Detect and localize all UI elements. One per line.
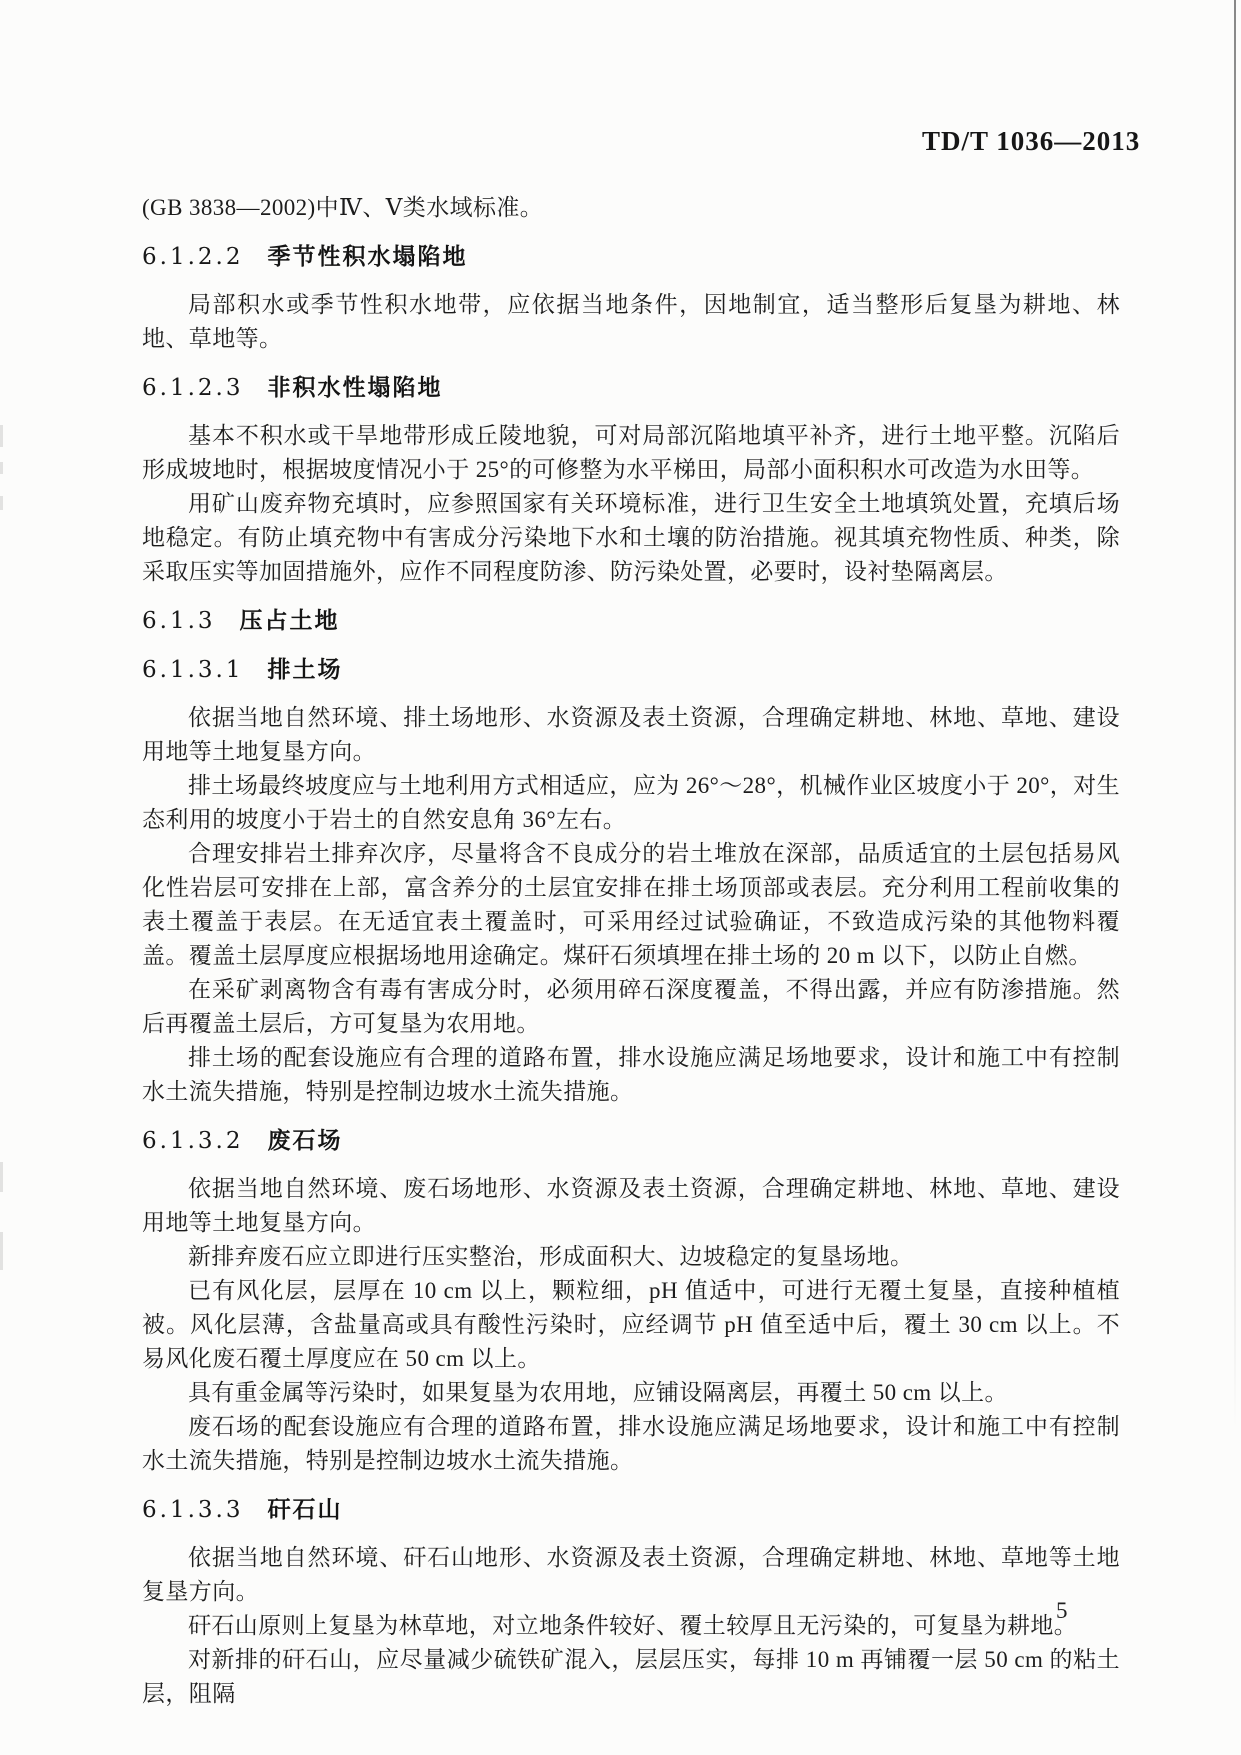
heading-number: 6.1.3.1 <box>142 657 243 683</box>
section-heading: 6.1.2.3非积水性塌陷地 <box>142 370 1120 405</box>
heading-title: 季节性积水塌陷地 <box>267 243 467 269</box>
section-heading: 6.1.3.3矸石山 <box>142 1492 1120 1527</box>
paragraph: 基本不积水或干旱地带形成丘陵地貌，可对局部沉陷地填平补齐，进行土地平整。沉陷后形… <box>142 419 1120 487</box>
paragraph: 具有重金属等污染时，如果复垦为农用地，应铺设隔离层，再覆土 50 cm 以上。 <box>142 1376 1120 1410</box>
scan-edge-artifact-right <box>1234 0 1236 1430</box>
paragraph: 矸石山原则上复垦为林草地，对立地条件较好、覆土较厚且无污染的，可复垦为耕地。 <box>142 1609 1120 1643</box>
scan-edge-artifact-left <box>0 462 3 474</box>
heading-number: 6.1.2.3 <box>142 375 243 401</box>
scan-edge-artifact-left <box>0 1232 3 1270</box>
paragraph: 依据当地自然环境、排土场地形、水资源及表土资源，合理确定耕地、林地、草地、建设用… <box>142 701 1120 769</box>
heading-title: 压占土地 <box>240 607 340 633</box>
paragraph: 依据当地自然环境、废石场地形、水资源及表土资源，合理确定耕地、林地、草地、建设用… <box>142 1172 1120 1240</box>
section-heading: 6.1.2.2季节性积水塌陷地 <box>142 239 1120 274</box>
heading-title: 矸石山 <box>267 1496 342 1522</box>
paragraph: 合理安排岩土排弃次序，尽量将含不良成分的岩土堆放在深部，品质适宜的土层包括易风化… <box>142 837 1120 973</box>
paragraph: 依据当地自然环境、矸石山地形、水资源及表土资源，合理确定耕地、林地、草地等土地复… <box>142 1541 1120 1609</box>
heading-title: 废石场 <box>267 1127 342 1153</box>
document-page: TD/T 1036—2013 (GB 3838—2002)中Ⅳ、Ⅴ类水域标准。6… <box>0 0 1241 1755</box>
paragraph: 新排弃废石应立即进行压实整治，形成面积大、边坡稳定的复垦场地。 <box>142 1240 1120 1274</box>
paragraph: 对新排的矸石山，应尽量减少硫铁矿混入，层层压实，每排 10 m 再铺覆一层 50… <box>142 1643 1120 1711</box>
paragraph: 排土场最终坡度应与土地利用方式相适应，应为 26°～28°，机械作业区坡度小于 … <box>142 769 1120 837</box>
paragraph: 局部积水或季节性积水地带，应依据当地条件，因地制宜，适当整形后复垦为耕地、林地、… <box>142 288 1120 356</box>
scan-edge-artifact-left <box>0 1162 3 1192</box>
heading-title: 非积水性塌陷地 <box>267 374 442 400</box>
heading-number: 6.1.3.2 <box>142 1128 243 1154</box>
heading-number: 6.1.2.2 <box>142 244 243 270</box>
heading-number: 6.1.3 <box>142 608 216 634</box>
page-number: 5 <box>1056 1598 1068 1624</box>
heading-title: 排土场 <box>267 656 342 682</box>
section-heading: 6.1.3压占土地 <box>142 603 1120 638</box>
scan-edge-artifact-left <box>0 496 3 510</box>
paragraph: 排土场的配套设施应有合理的道路布置，排水设施应满足场地要求，设计和施工中有控制水… <box>142 1041 1120 1109</box>
paragraph: 用矿山废弃物充填时，应参照国家有关环境标准，进行卫生安全土地填筑处置，充填后场地… <box>142 487 1120 589</box>
paragraph: 在采矿剥离物含有毒有害成分时，必须用碎石深度覆盖，不得出露，并应有防渗措施。然后… <box>142 973 1120 1041</box>
document-body: (GB 3838—2002)中Ⅳ、Ⅴ类水域标准。6.1.2.2季节性积水塌陷地局… <box>142 191 1120 1711</box>
heading-number: 6.1.3.3 <box>142 1497 243 1523</box>
section-heading: 6.1.3.1排土场 <box>142 652 1120 687</box>
paragraph: 废石场的配套设施应有合理的道路布置，排水设施应满足场地要求，设计和施工中有控制水… <box>142 1410 1120 1478</box>
section-heading: 6.1.3.2废石场 <box>142 1123 1120 1158</box>
standard-number-header: TD/T 1036—2013 <box>922 126 1140 157</box>
paragraph: (GB 3838—2002)中Ⅳ、Ⅴ类水域标准。 <box>142 191 1120 225</box>
scan-edge-artifact-left <box>0 425 3 447</box>
paragraph: 已有风化层，层厚在 10 cm 以上，颗粒细，pH 值适中，可进行无覆土复垦，直… <box>142 1274 1120 1376</box>
